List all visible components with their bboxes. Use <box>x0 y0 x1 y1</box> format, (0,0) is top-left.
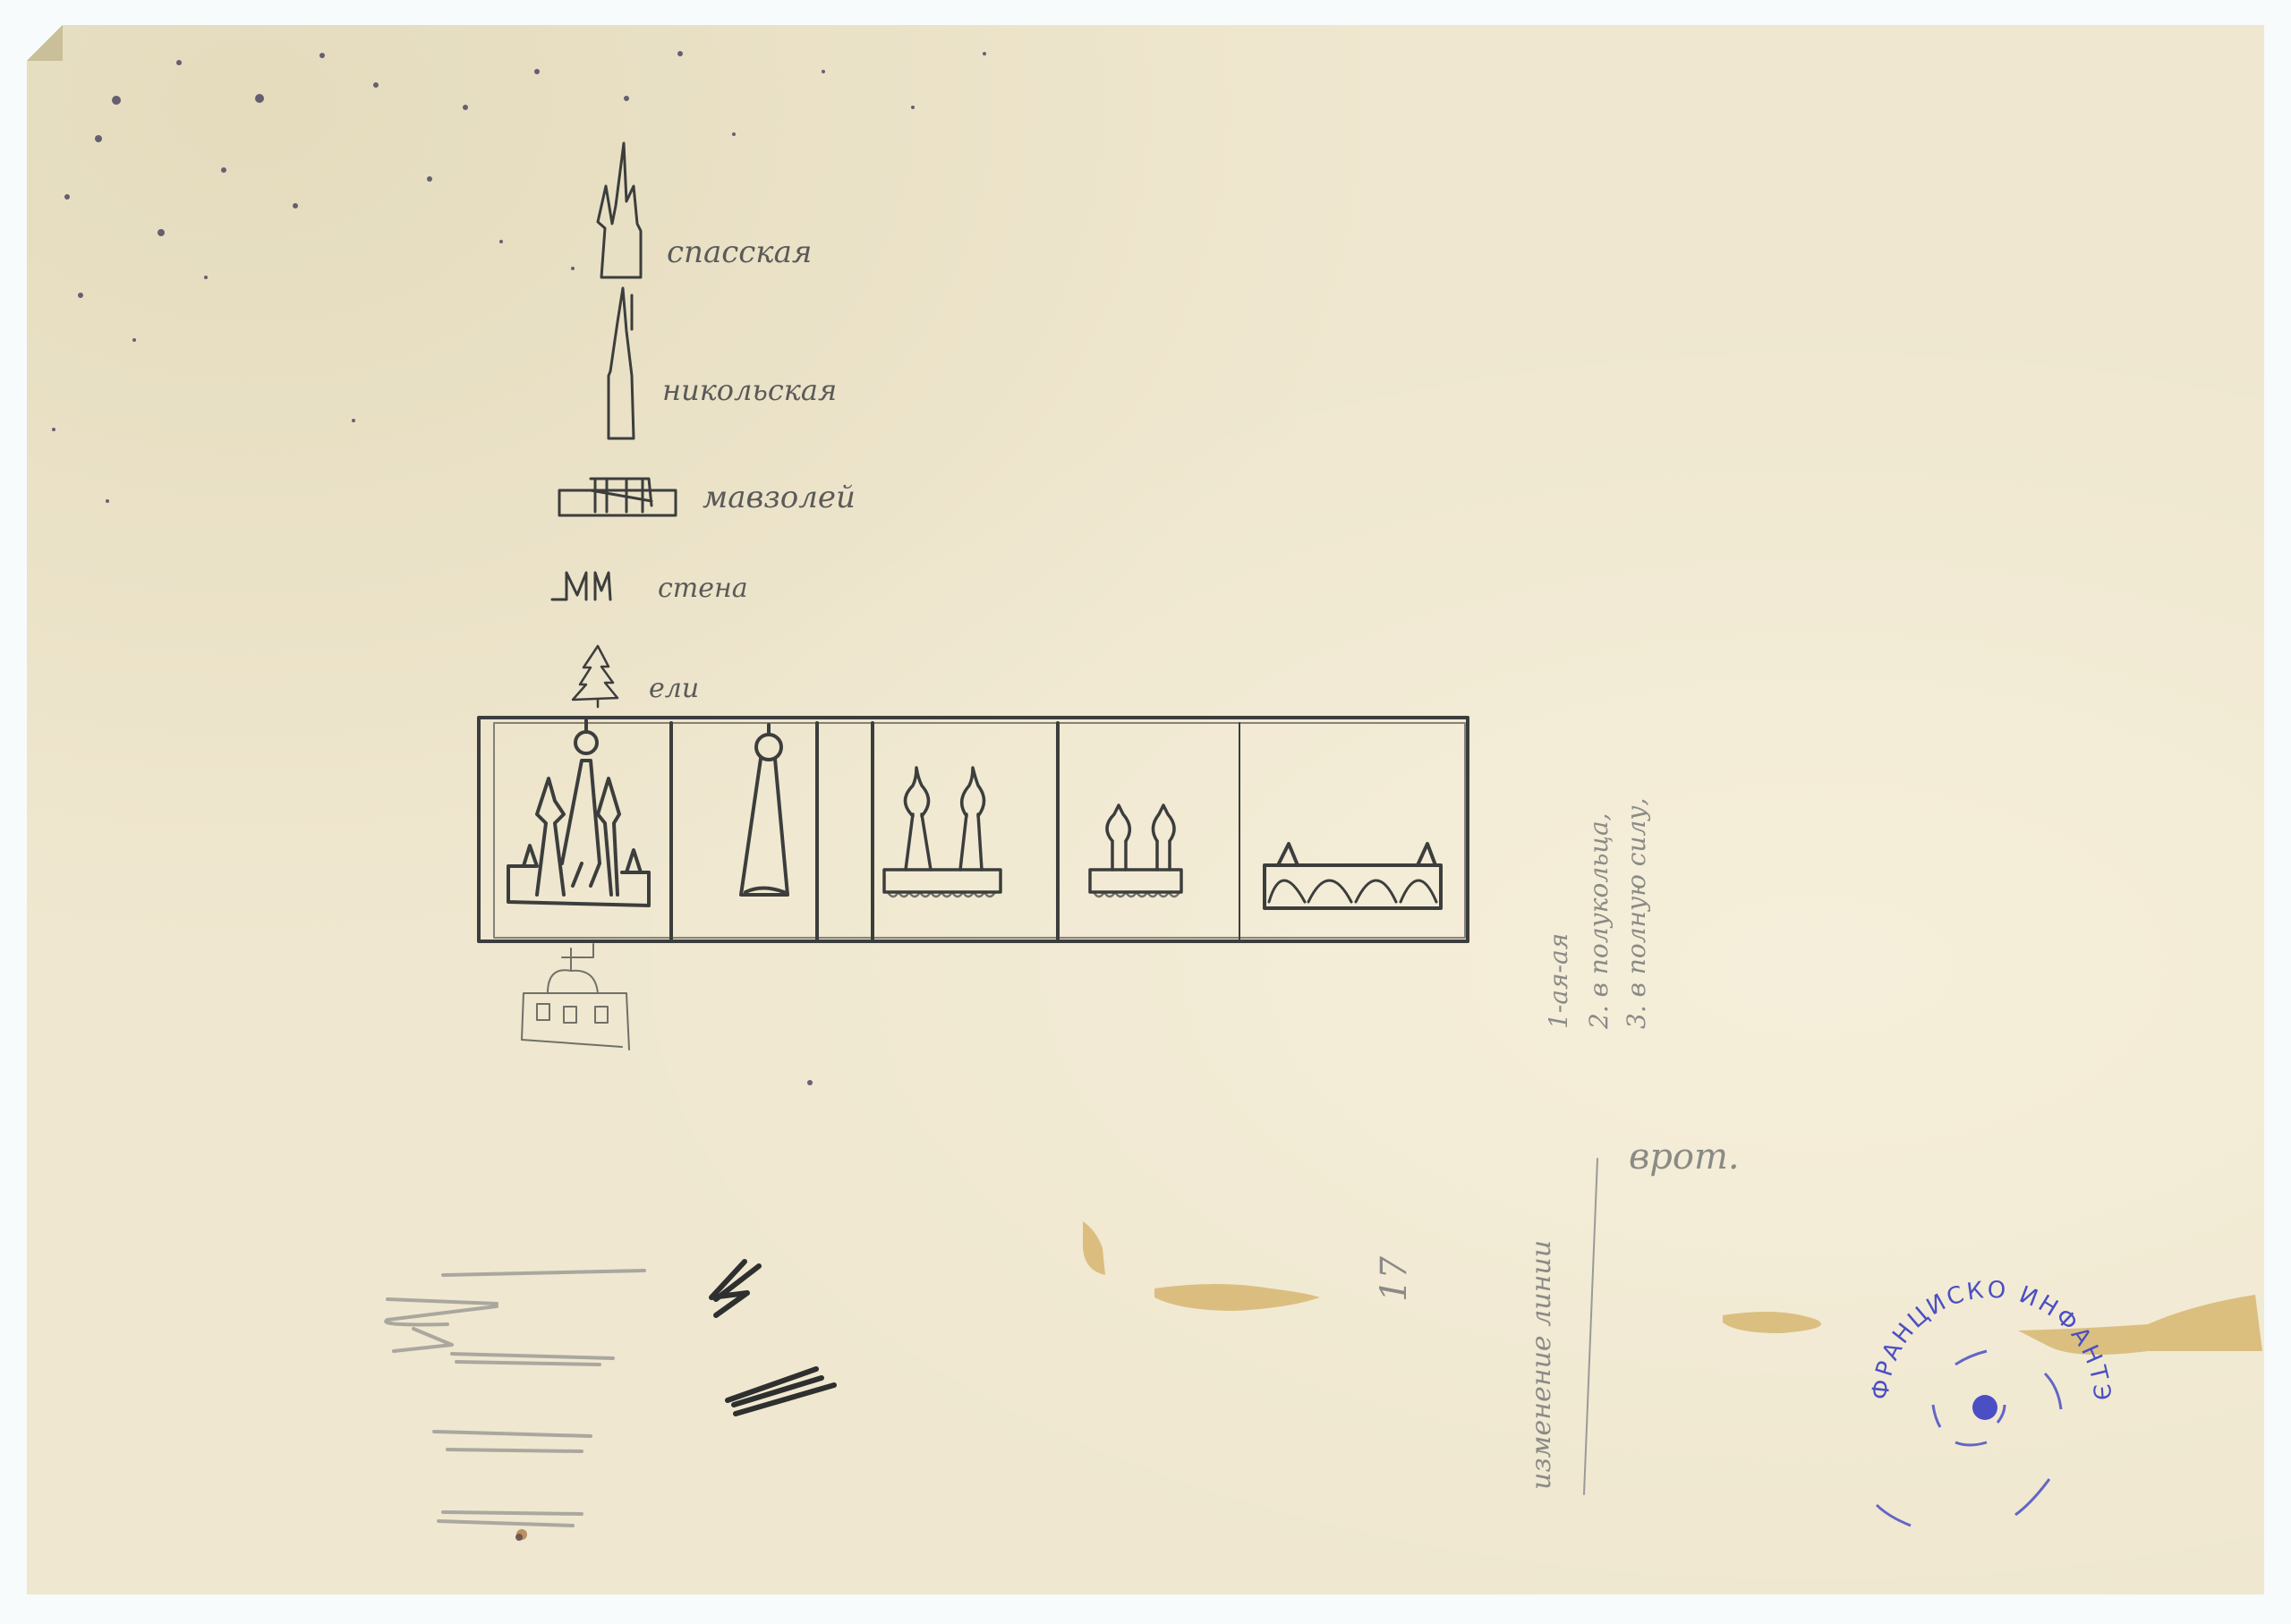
note-list-item-3: 3. в полную силу, <box>1622 798 1651 1029</box>
legend-label-spasskaya: спасская <box>667 234 812 270</box>
ink-speckles <box>52 51 986 1541</box>
cathedral-three-domes-icon <box>508 720 649 906</box>
pencil-dark-strokes <box>711 1262 834 1414</box>
spire-tower-icon <box>609 288 634 438</box>
note-side-text: изменение линии <box>1526 1240 1557 1490</box>
sketch-canvas: ФРАНЦИСКО ИНФАНТЭ <box>0 0 2291 1624</box>
pencil-test-strokes <box>386 1271 644 1526</box>
two-small-domes-on-wall-icon <box>1090 805 1181 897</box>
mausoleum-icon <box>559 479 676 515</box>
note-right-text: врот. <box>1629 1136 1740 1178</box>
legend-label-firs: ели <box>649 673 699 704</box>
wall-battlement-icon <box>552 573 610 599</box>
note-list-item-1: 1-ая-ая <box>1544 933 1573 1029</box>
stamp-center-dot <box>1972 1395 1997 1420</box>
domed-building-icon <box>522 944 629 1050</box>
svg-text:ФРАНЦИСКО ИНФАНТЭ: ФРАНЦИСКО ИНФАНТЭ <box>1867 1277 2115 1404</box>
spire-tower-icon <box>598 143 641 277</box>
arched-wall-icon <box>1265 844 1441 908</box>
two-onion-domes-on-wall-icon <box>884 768 1001 897</box>
guide-line <box>1584 1159 1597 1494</box>
legend-label-mausoleum: мавзолей <box>703 480 856 515</box>
fir-tree-icon <box>573 646 617 707</box>
legend-label-wall: стена <box>658 573 748 604</box>
page-mark: 17 <box>1374 1256 1415 1302</box>
tall-spire-dome-icon <box>741 725 788 895</box>
note-list-item-2: 2. в полукольца, <box>1584 812 1614 1029</box>
legend-label-nikolskaya: никольская <box>662 373 837 407</box>
stamp-text: ФРАНЦИСКО ИНФАНТЭ <box>1867 1277 2115 1404</box>
artist-stamp: ФРАНЦИСКО ИНФАНТЭ <box>1867 1277 2115 1526</box>
